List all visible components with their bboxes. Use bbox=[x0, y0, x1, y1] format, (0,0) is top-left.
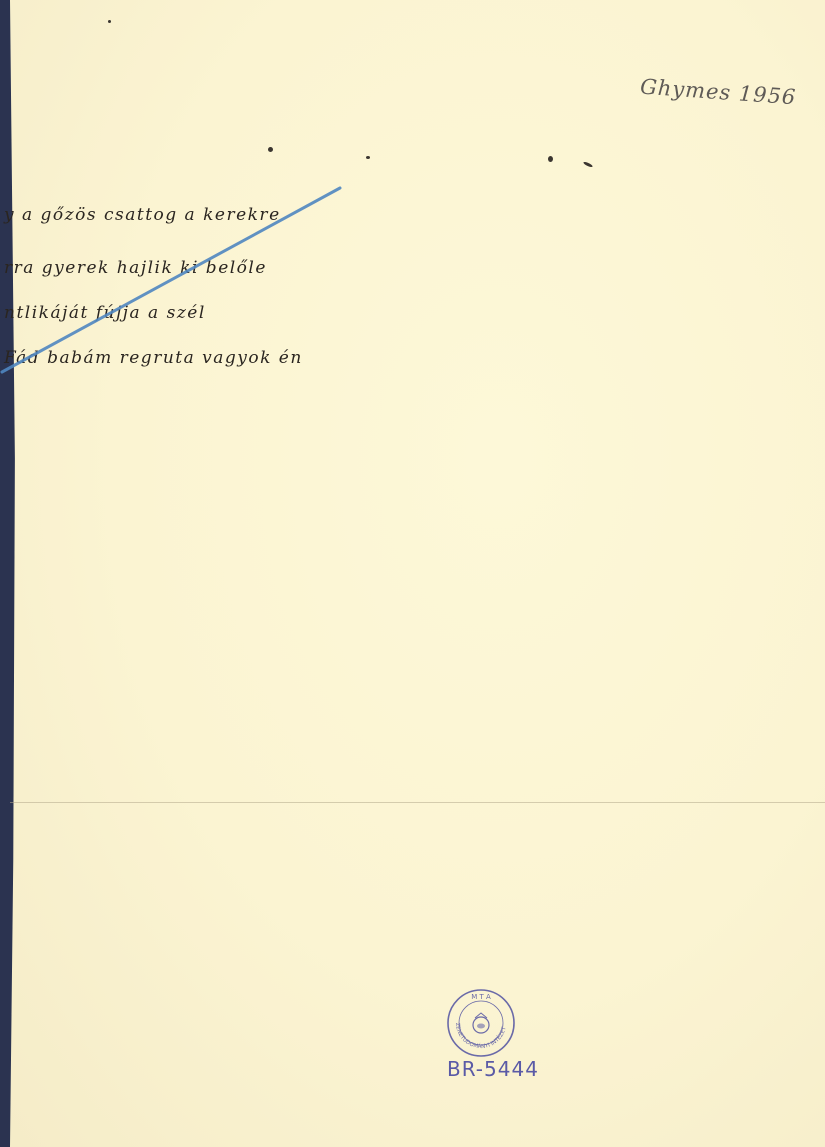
shelfmark-number: BR-5444 bbox=[447, 1057, 539, 1081]
manuscript-line-4: Fád babám regruta vagyok én bbox=[4, 348, 303, 368]
manuscript-line-1: y a gőzös csattog a kerekre bbox=[4, 205, 281, 225]
manuscript-line-2: rra gyerek hajlik ki belőle bbox=[4, 258, 267, 278]
manuscript-page bbox=[10, 0, 825, 1147]
institute-stamp-icon: M T A ZENETUDOMÁNYI INTÉZET bbox=[446, 988, 516, 1058]
ink-spot bbox=[268, 147, 273, 152]
paper-fold-line bbox=[10, 802, 825, 803]
ink-spot bbox=[366, 156, 370, 159]
ink-spot bbox=[108, 20, 111, 23]
manuscript-line-3: ntlikáját fújja a szél bbox=[4, 303, 206, 323]
svg-text:M T A: M T A bbox=[471, 993, 491, 1001]
ink-spot bbox=[548, 156, 553, 162]
